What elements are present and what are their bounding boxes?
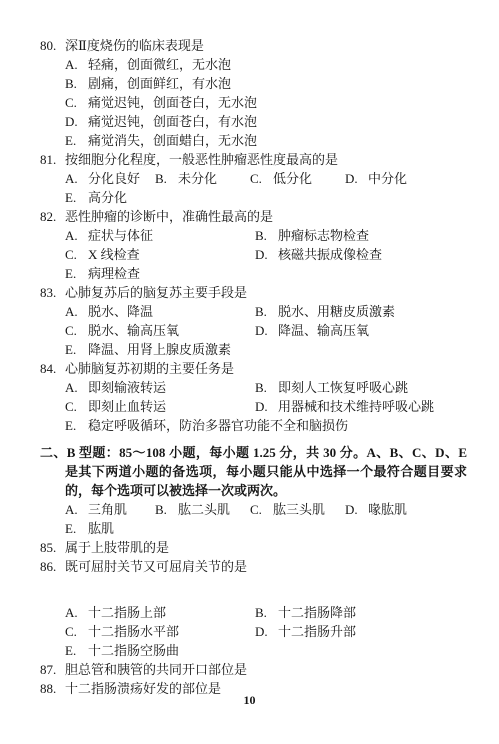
option-text: 脱水、降温 [88, 302, 153, 321]
option-label: D. [65, 112, 88, 131]
option-82-B: B. 肿瘤标志物检查 [255, 226, 467, 245]
option-group2-B: B. 十二指肠降部 [255, 603, 467, 622]
option-label: E. [65, 131, 88, 150]
option-82-D: D. 核磁共振成像检查 [255, 245, 467, 264]
option-text: 即刻人工恢复呼吸心跳 [278, 378, 408, 397]
option-label: C. [65, 93, 88, 112]
question-80-options: A. 轻痛，创面微红，无水泡 B. 剧痛，创面鲜红，有水泡 C. 痛觉迟钝，创面… [65, 55, 467, 150]
option-81-B: B. 未分化 [155, 169, 250, 188]
option-label: E. [65, 340, 88, 359]
option-label: B. [155, 500, 178, 519]
option-84-A: A. 即刻输液转运 [65, 378, 255, 397]
option-83-B: B. 脱水、用糖皮质激素 [255, 302, 467, 321]
option-text: 脱水、输高压氧 [88, 321, 179, 340]
option-81-D: D. 中分化 [345, 169, 467, 188]
option-text: 十二指肠空肠曲 [88, 641, 179, 660]
option-80-A: A. 轻痛，创面微红，无水泡 [65, 55, 467, 74]
option-label: B. [255, 226, 278, 245]
option-label: C. [65, 622, 88, 641]
question-number: 82. [40, 207, 65, 226]
option-text: 即刻止血转运 [88, 397, 166, 416]
option-text: 三角肌 [88, 500, 127, 519]
question-stem: 按细胞分化程度，一般恶性肿瘤恶性度最高的是 [65, 150, 467, 169]
option-80-D: D. 痛觉迟钝，创面苍白，有水泡 [65, 112, 467, 131]
option-label: E. [65, 641, 88, 660]
question-83-options: A. 脱水、降温 B. 脱水、用糖皮质激素 C. 脱水、输高压氧 D. 降温、输… [65, 302, 467, 359]
option-text: 剧痛，创面鲜红，有水泡 [88, 74, 231, 93]
question-82-options: A. 症状与体征 B. 肿瘤标志物检查 C. X 线检查 D. 核磁共振成像检查 [65, 226, 467, 283]
option-text: 高分化 [88, 188, 127, 207]
option-group1-B: B. 肱二头肌 [155, 500, 250, 519]
option-text: 脱水、用糖皮质激素 [278, 302, 395, 321]
option-label: D. [255, 321, 278, 340]
option-80-E: E. 痛觉消失，创面蜡白，无水泡 [65, 131, 467, 150]
option-label: A. [65, 55, 88, 74]
option-text: 十二指肠升部 [278, 622, 356, 641]
option-text: 降温、用肾上腺皮质激素 [88, 340, 231, 359]
option-text: 十二指肠上部 [88, 603, 166, 622]
options-row: C. 脱水、输高压氧 D. 降温、输高压氧 [65, 321, 467, 340]
option-text: 低分化 [273, 169, 312, 188]
option-label: D. [345, 500, 368, 519]
question-stem: 心肺脑复苏初期的主要任务是 [65, 359, 467, 378]
option-text: 中分化 [368, 169, 407, 188]
question-number: 80. [40, 36, 65, 55]
option-text: 轻痛，创面微红，无水泡 [88, 55, 231, 74]
option-text: 十二指肠水平部 [88, 622, 179, 641]
option-text: 降温、输高压氧 [278, 321, 369, 340]
options-row: A. 脱水、降温 B. 脱水、用糖皮质激素 [65, 302, 467, 321]
option-label: A. [65, 500, 88, 519]
option-80-B: B. 剧痛，创面鲜红，有水泡 [65, 74, 467, 93]
option-label: B. [255, 603, 278, 622]
option-group1-A: A. 三角肌 [65, 500, 155, 519]
question-number: 84. [40, 359, 65, 378]
option-label: E. [65, 416, 88, 435]
option-text: 喙肱肌 [368, 500, 407, 519]
option-text: 痛觉迟钝，创面苍白，无水泡 [88, 93, 257, 112]
option-text: 肱二头肌 [178, 500, 230, 519]
exam-paper-page: 80. 深Ⅱ度烧伤的临床表现是 A. 轻痛，创面微红，无水泡 B. 剧痛，创面鲜… [0, 0, 499, 744]
option-label: D. [255, 622, 278, 641]
question-86: 86. 既可屈肘关节又可屈肩关节的是 [40, 557, 467, 576]
options-row: A. 即刻输液转运 B. 即刻人工恢复呼吸心跳 [65, 378, 467, 397]
question-stem: 既可屈肘关节又可屈肩关节的是 [65, 557, 467, 576]
option-text: 核磁共振成像检查 [278, 245, 382, 264]
option-label: A. [65, 169, 88, 188]
option-label: D. [255, 245, 278, 264]
option-83-A: A. 脱水、降温 [65, 302, 255, 321]
option-84-D: D. 用器械和技术维持呼吸心跳 [255, 397, 467, 416]
question-81-options: A. 分化良好 B. 未分化 C. 低分化 D. 中分化 E. 高分化 [65, 169, 467, 207]
question-number: 81. [40, 150, 65, 169]
option-group2-C: C. 十二指肠水平部 [65, 622, 255, 641]
section-b-header: 二、B 型题：85～108 小题，每小题 1.25 分，共 30 分。A、B、C… [40, 443, 467, 500]
option-83-D: D. 降温、输高压氧 [255, 321, 467, 340]
option-label: A. [65, 603, 88, 622]
option-text: X 线检查 [88, 245, 140, 264]
section-b-option-group-1: A. 三角肌 B. 肱二头肌 C. 肱三头肌 D. 喙肱肌 E. 肱肌 [65, 500, 467, 538]
section-b-option-group-2: A. 十二指肠上部 B. 十二指肠降部 C. 十二指肠水平部 D. 十二指肠升部 [65, 603, 467, 660]
options-row: A. 三角肌 B. 肱二头肌 C. 肱三头肌 D. 喙肱肌 [65, 500, 467, 519]
option-text: 分化良好 [88, 169, 140, 188]
question-stem: 属于上肢带肌的是 [65, 538, 467, 557]
option-label: C. [250, 169, 273, 188]
option-text: 稳定呼吸循环，防治多器官功能不全和脑损伤 [88, 416, 348, 435]
option-84-B: B. 即刻人工恢复呼吸心跳 [255, 378, 467, 397]
option-label: B. [255, 378, 278, 397]
question-84-options: A. 即刻输液转运 B. 即刻人工恢复呼吸心跳 C. 即刻止血转运 D. 用器械… [65, 378, 467, 435]
option-label: E. [65, 264, 88, 283]
option-text: 十二指肠降部 [278, 603, 356, 622]
option-82-E: E. 病理检查 [65, 264, 467, 283]
question-stem: 心肺复苏后的脑复苏主要手段是 [65, 283, 467, 302]
page-number: 10 [0, 691, 499, 710]
option-text: 用器械和技术维持呼吸心跳 [278, 397, 434, 416]
option-83-E: E. 降温、用肾上腺皮质激素 [65, 340, 467, 359]
option-group1-E: E. 肱肌 [65, 519, 467, 538]
option-text: 痛觉消失，创面蜡白，无水泡 [88, 131, 257, 150]
question-number: 85. [40, 538, 65, 557]
option-group2-E: E. 十二指肠空肠曲 [65, 641, 467, 660]
question-85: 85. 属于上肢带肌的是 [40, 538, 467, 557]
option-text: 肱三头肌 [273, 500, 325, 519]
option-label: E. [65, 188, 88, 207]
question-80: 80. 深Ⅱ度烧伤的临床表现是 [40, 36, 467, 55]
options-row: A. 症状与体征 B. 肿瘤标志物检查 [65, 226, 467, 245]
option-label: A. [65, 226, 88, 245]
question-number: 83. [40, 283, 65, 302]
option-label: C. [65, 245, 88, 264]
question-number: 87. [40, 660, 65, 679]
option-label: C. [65, 321, 88, 340]
option-text: 未分化 [178, 169, 217, 188]
option-label: C. [65, 397, 88, 416]
option-group1-C: C. 肱三头肌 [250, 500, 345, 519]
option-text: 痛觉迟钝，创面苍白，有水泡 [88, 112, 257, 131]
option-81-A: A. 分化良好 [65, 169, 155, 188]
option-label: C. [250, 500, 273, 519]
option-group2-A: A. 十二指肠上部 [65, 603, 255, 622]
option-label: E. [65, 519, 88, 538]
option-80-C: C. 痛觉迟钝，创面苍白，无水泡 [65, 93, 467, 112]
question-84: 84. 心肺脑复苏初期的主要任务是 [40, 359, 467, 378]
option-81-E: E. 高分化 [65, 188, 467, 207]
question-82: 82. 恶性肿瘤的诊断中，准确性最高的是 [40, 207, 467, 226]
question-stem: 胆总管和胰管的共同开口部位是 [65, 660, 467, 679]
option-label: D. [255, 397, 278, 416]
option-83-C: C. 脱水、输高压氧 [65, 321, 255, 340]
option-label: A. [65, 302, 88, 321]
option-82-C: C. X 线检查 [65, 245, 255, 264]
question-stem: 深Ⅱ度烧伤的临床表现是 [65, 36, 467, 55]
exam-content: 80. 深Ⅱ度烧伤的临床表现是 A. 轻痛，创面微红，无水泡 B. 剧痛，创面鲜… [40, 36, 467, 698]
options-row: C. X 线检查 D. 核磁共振成像检查 [65, 245, 467, 264]
options-row: C. 十二指肠水平部 D. 十二指肠升部 [65, 622, 467, 641]
option-group2-D: D. 十二指肠升部 [255, 622, 467, 641]
question-81: 81. 按细胞分化程度，一般恶性肿瘤恶性度最高的是 [40, 150, 467, 169]
options-row: A. 十二指肠上部 B. 十二指肠降部 [65, 603, 467, 622]
question-87: 87. 胆总管和胰管的共同开口部位是 [40, 660, 467, 679]
option-label: B. [155, 169, 178, 188]
option-text: 肿瘤标志物检查 [278, 226, 369, 245]
option-text: 肱肌 [88, 519, 114, 538]
option-text: 即刻输液转运 [88, 378, 166, 397]
question-83: 83. 心肺复苏后的脑复苏主要手段是 [40, 283, 467, 302]
option-label: A. [65, 378, 88, 397]
option-label: B. [255, 302, 278, 321]
options-row: C. 即刻止血转运 D. 用器械和技术维持呼吸心跳 [65, 397, 467, 416]
option-81-C: C. 低分化 [250, 169, 345, 188]
option-group1-D: D. 喙肱肌 [345, 500, 467, 519]
option-label: D. [345, 169, 368, 188]
question-number: 86. [40, 557, 65, 576]
options-row: A. 分化良好 B. 未分化 C. 低分化 D. 中分化 [65, 169, 467, 188]
option-text: 病理检查 [88, 264, 140, 283]
option-text: 症状与体征 [88, 226, 153, 245]
option-label: B. [65, 74, 88, 93]
question-stem: 恶性肿瘤的诊断中，准确性最高的是 [65, 207, 467, 226]
option-84-E: E. 稳定呼吸循环，防治多器官功能不全和脑损伤 [65, 416, 467, 435]
option-82-A: A. 症状与体征 [65, 226, 255, 245]
option-84-C: C. 即刻止血转运 [65, 397, 255, 416]
